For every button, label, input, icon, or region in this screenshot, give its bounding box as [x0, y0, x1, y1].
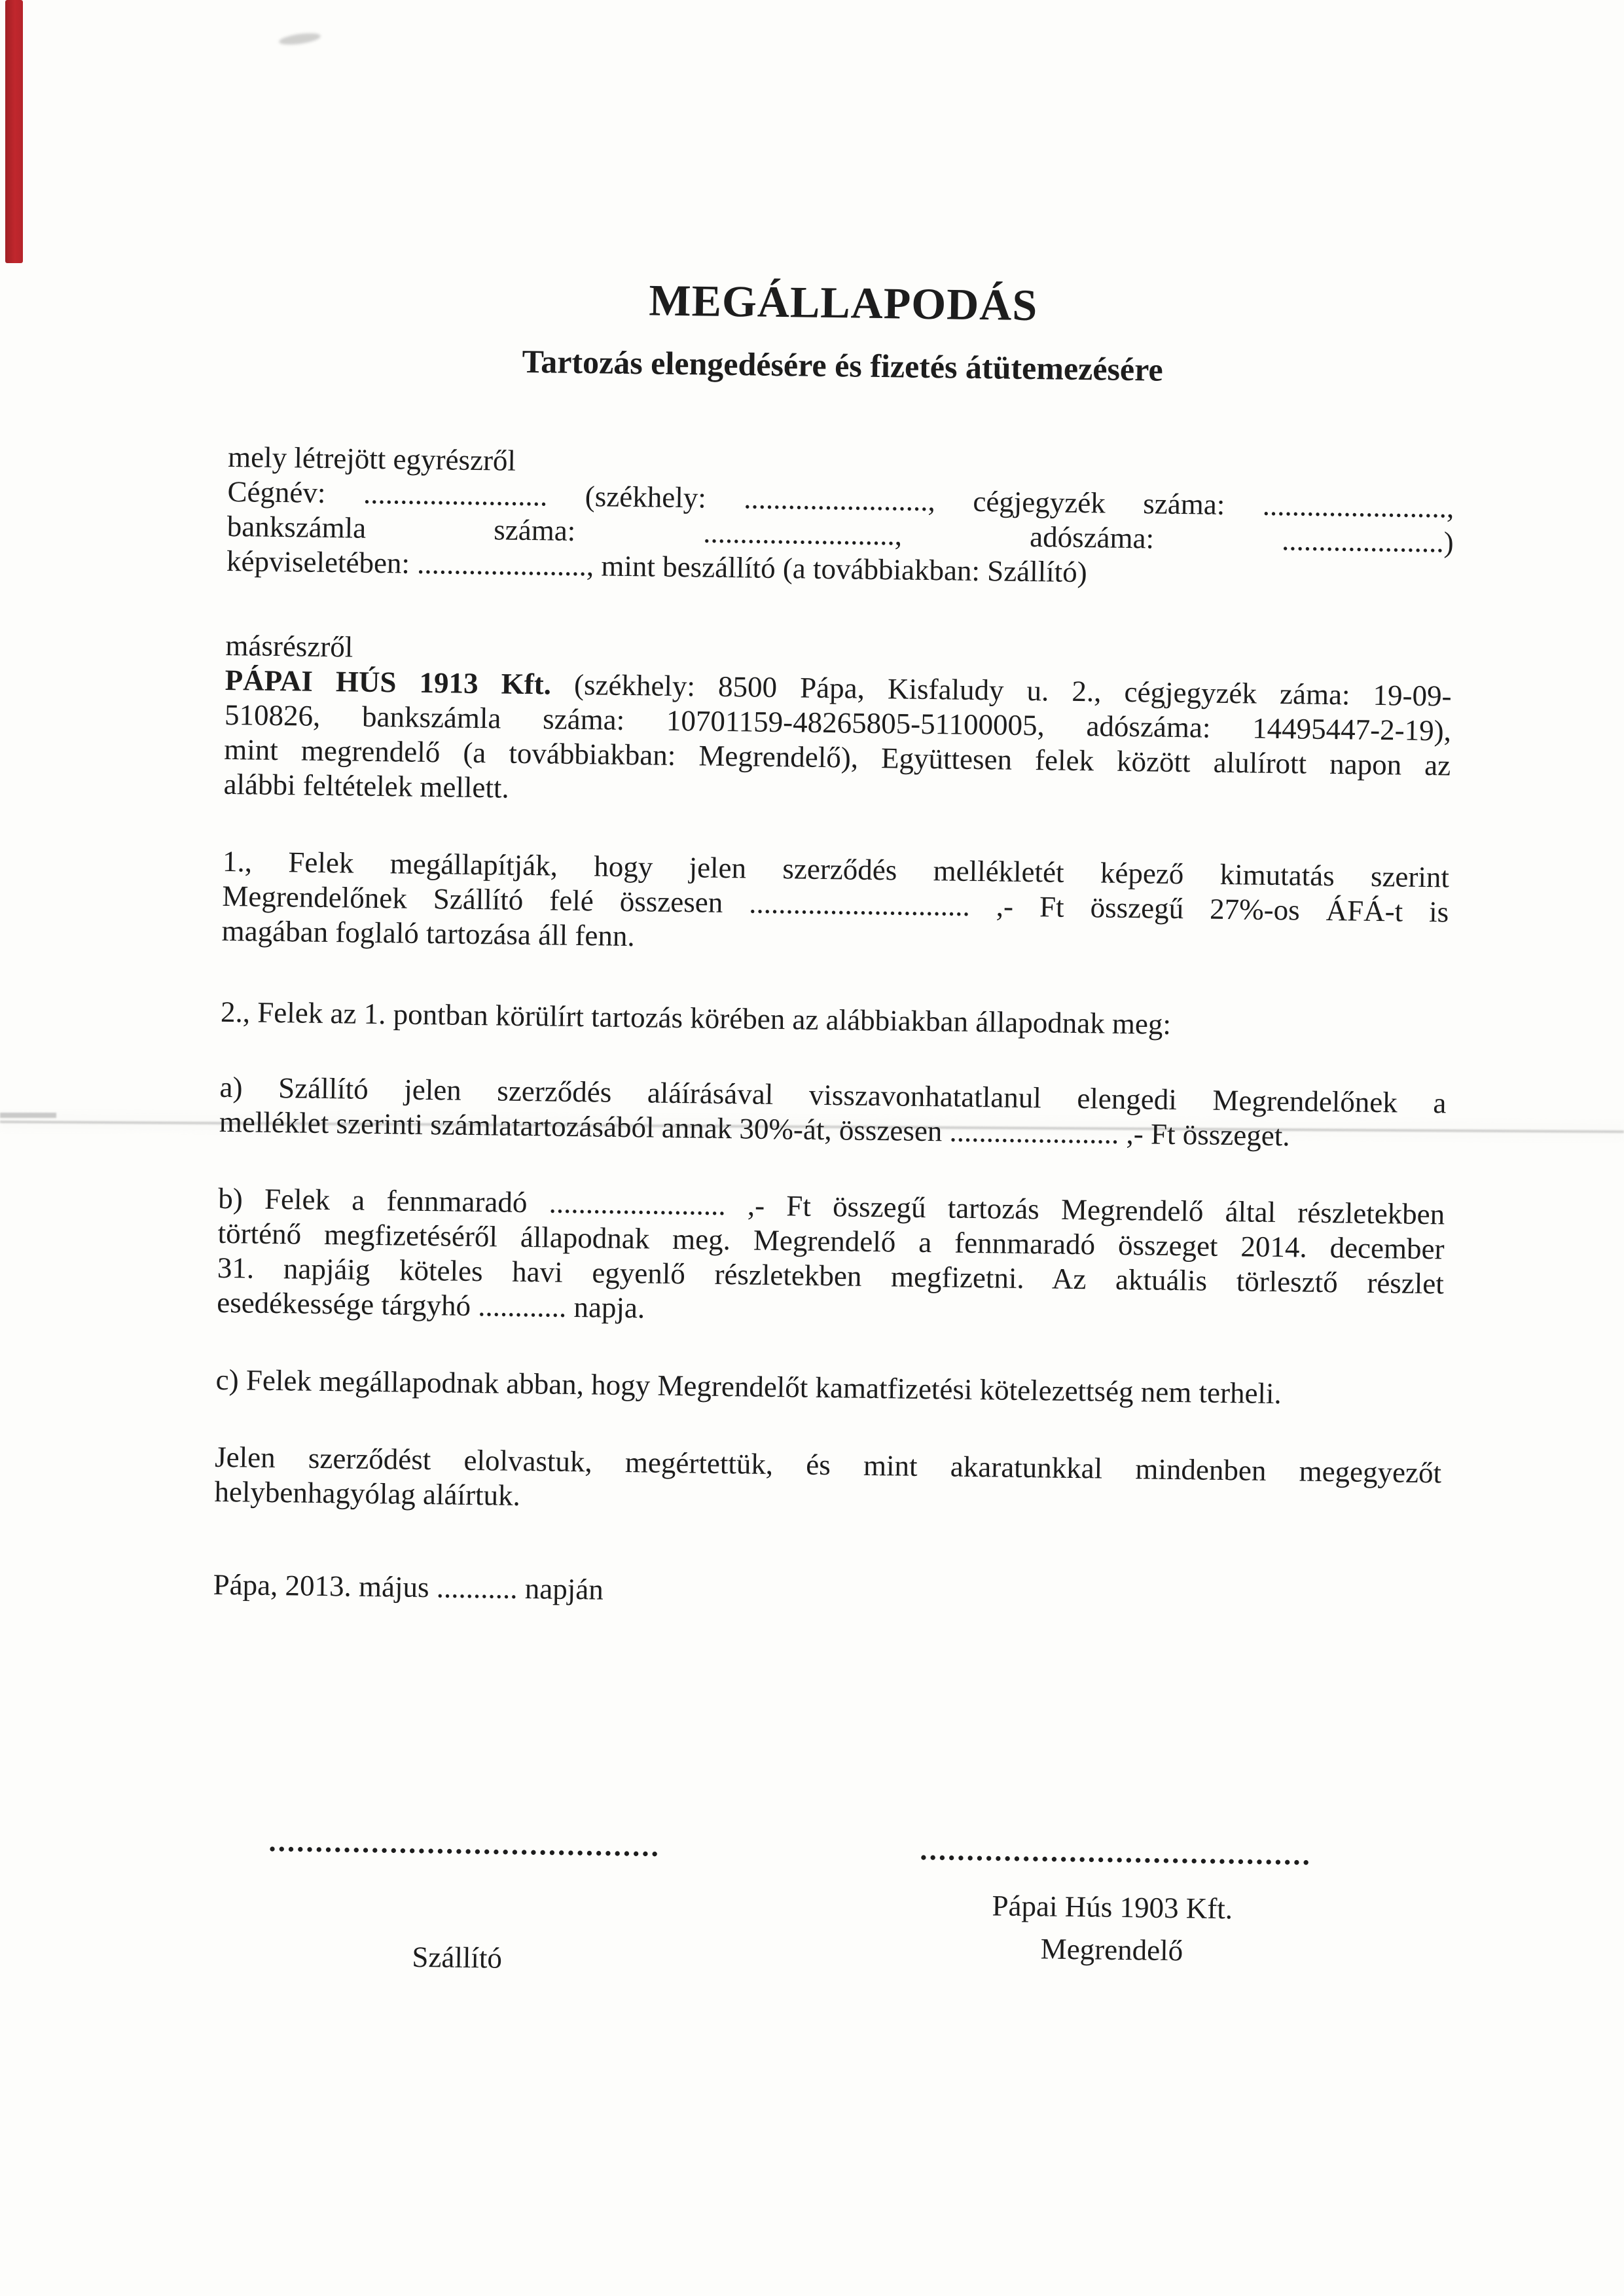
document-subtitle: Tartozás elengedésére és fizetés átüteme…	[229, 337, 1456, 394]
date-line: Pápa, 2013. május ........... napján	[213, 1568, 1440, 1619]
party2-company-name: PÁPAI HÚS 1913 Kft.	[225, 664, 551, 701]
closing-block: Jelen szerződést elolvastuk, megértettük…	[214, 1440, 1441, 1526]
clause2-block: 2., Felek az 1. pontban körülírt tartozá…	[221, 995, 1448, 1046]
scan-red-edge-artifact	[5, 0, 23, 263]
party2-block: másrészről PÁPAI HÚS 1913 Kft. (székhely…	[223, 628, 1452, 818]
signature-line-customer: ........................................…	[920, 1832, 1307, 1873]
party1-block: mely létrejött egyrészről Cégnév: ......…	[226, 440, 1455, 595]
signature-customer: ........................................…	[918, 1832, 1307, 1970]
signature-label-customer: Megrendelő	[918, 1930, 1305, 1970]
paper-fold-crease-edge	[0, 1113, 56, 1118]
clause2-line: 2., Felek az 1. pontban körülírt tartozá…	[221, 995, 1448, 1046]
point-a-block: a) Szállító jelen szerződés aláírásával …	[219, 1070, 1447, 1156]
point-c-line: c) Felek megállapodnak abban, hogy Megre…	[215, 1363, 1443, 1414]
signature-company-customer: Pápai Hús 1903 Kft.	[919, 1888, 1306, 1928]
point-b-block: b) Felek a fennmaradó ..................…	[217, 1181, 1445, 1336]
clause1-block: 1., Felek megállapítják, hogy jelen szer…	[221, 844, 1449, 965]
scan-smudge-artifact	[278, 31, 321, 47]
scanned-contract-page: MEGÁLLAPODÁS Tartozás elengedésére és fi…	[0, 0, 1624, 2296]
signature-supplier: ........................................…	[267, 1823, 649, 1978]
signature-label-supplier: Szállító	[267, 1938, 647, 1978]
document-content: MEGÁLLAPODÁS Tartozás elengedésére és fi…	[207, 267, 1457, 2074]
point-c-block: c) Felek megállapodnak abban, hogy Megre…	[215, 1363, 1443, 1414]
signature-row: ........................................…	[207, 1823, 1437, 2074]
document-title: MEGÁLLAPODÁS	[230, 267, 1457, 338]
signature-line-supplier: ........................................…	[268, 1823, 649, 1865]
